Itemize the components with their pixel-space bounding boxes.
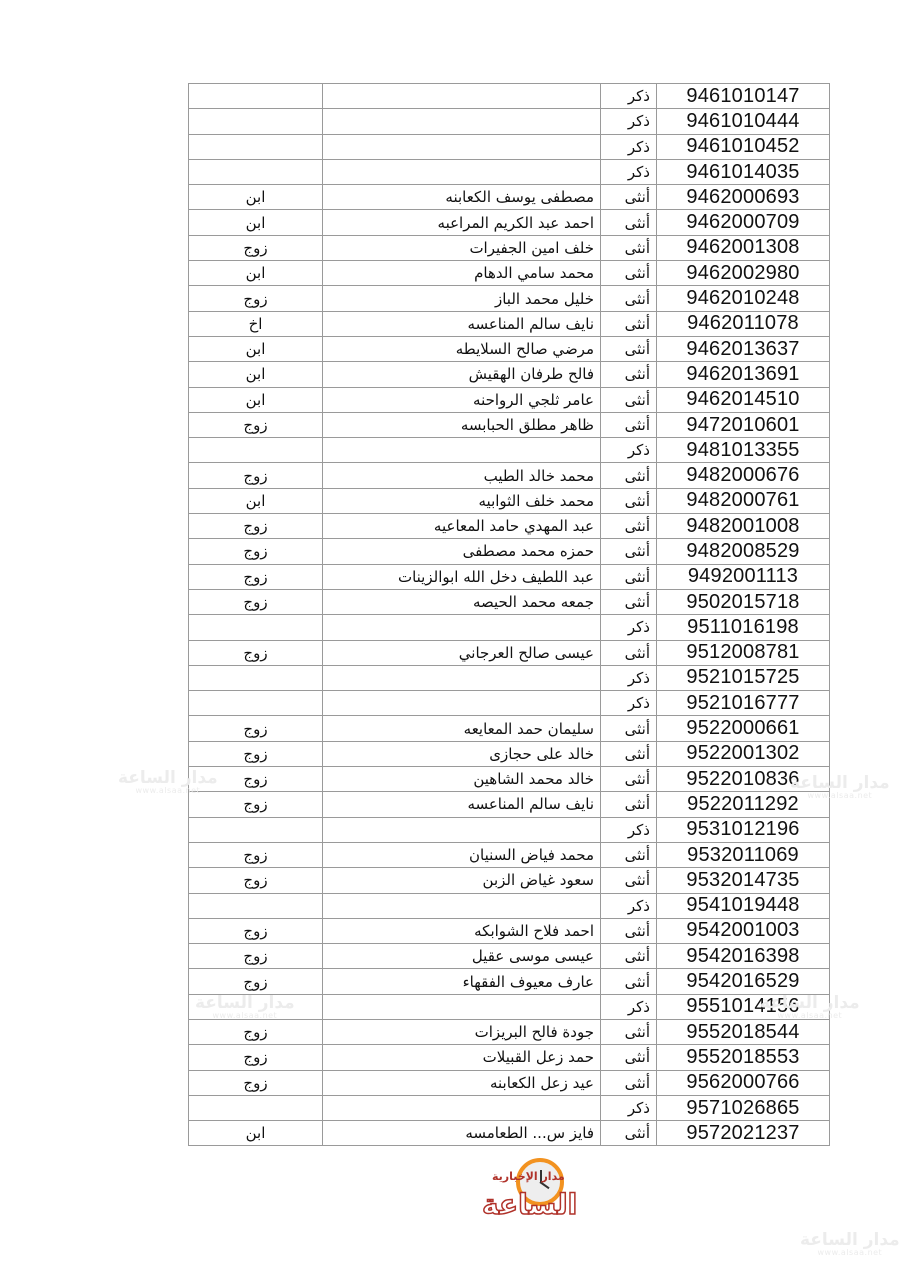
- id-number-cell: 9512008781: [657, 640, 830, 665]
- table-row: ذكر9461010452: [189, 134, 830, 159]
- relation-cell: زوج: [189, 792, 323, 817]
- watermark-right-2: مدار الساعة www.alsaa.net: [760, 995, 860, 1020]
- relation-cell: ابن: [189, 362, 323, 387]
- name-cell: مرضي صالح السلايطه: [323, 336, 601, 361]
- relation-cell: [189, 134, 323, 159]
- name-cell: احمد عبد الكريم المراعبه: [323, 210, 601, 235]
- gender-cell: أنثى: [601, 792, 657, 817]
- gender-cell: ذكر: [601, 994, 657, 1019]
- relation-cell: زوج: [189, 944, 323, 969]
- id-number-cell: 9542016529: [657, 969, 830, 994]
- relation-cell: زوج: [189, 1019, 323, 1044]
- relation-cell: ابن: [189, 488, 323, 513]
- gender-cell: أنثى: [601, 918, 657, 943]
- relation-cell: زوج: [189, 286, 323, 311]
- id-number-cell: 9542016398: [657, 944, 830, 969]
- table-row: ذكر9461014035: [189, 159, 830, 184]
- watermark-title: مدار الساعة: [760, 995, 860, 1012]
- id-number-cell: 9462011078: [657, 311, 830, 336]
- watermark-url: www.alsaa.net: [800, 1249, 900, 1257]
- relation-cell: [189, 109, 323, 134]
- table-row: زوجظاهر مطلق الحبابسهأنثى9472010601: [189, 412, 830, 437]
- gender-cell: أنثى: [601, 185, 657, 210]
- name-cell: نايف سالم المناعسه: [323, 792, 601, 817]
- gender-cell: أنثى: [601, 868, 657, 893]
- gender-cell: أنثى: [601, 210, 657, 235]
- table-row: زوجحمد زعل القبيلاتأنثى9552018553: [189, 1045, 830, 1070]
- watermark-title: مدار الساعة: [195, 995, 295, 1012]
- name-cell: جودة فالح البريزات: [323, 1019, 601, 1044]
- gender-cell: أنثى: [601, 412, 657, 437]
- table-row: زوجنايف سالم المناعسهأنثى9522011292: [189, 792, 830, 817]
- table-row: زوجمحمد فياض السنيانأنثى9532011069: [189, 842, 830, 867]
- relation-cell: زوج: [189, 1070, 323, 1095]
- gender-cell: ذكر: [601, 438, 657, 463]
- table-row: ابنمصطفى يوسف الكعابنهأنثى9462000693: [189, 185, 830, 210]
- name-cell: خالد محمد الشاهين: [323, 767, 601, 792]
- gender-cell: أنثى: [601, 1121, 657, 1146]
- id-number-cell: 9492001113: [657, 564, 830, 589]
- table-row: زوجسعود غياض الزبنأنثى9532014735: [189, 868, 830, 893]
- id-number-cell: 9481013355: [657, 438, 830, 463]
- gender-cell: أنثى: [601, 969, 657, 994]
- relation-cell: [189, 159, 323, 184]
- relation-cell: زوج: [189, 868, 323, 893]
- table-row: ذكر9481013355: [189, 438, 830, 463]
- id-number-cell: 9511016198: [657, 615, 830, 640]
- gender-cell: ذكر: [601, 817, 657, 842]
- logo-tagline: مدار الإخبارية: [492, 1170, 565, 1183]
- table-row: ابنعامر ثلجي الرواحنهأنثى9462014510: [189, 387, 830, 412]
- id-number-cell: 9462013691: [657, 362, 830, 387]
- watermark-url: www.alsaa.net: [195, 1012, 295, 1020]
- gender-cell: أنثى: [601, 235, 657, 260]
- relation-cell: اخ: [189, 311, 323, 336]
- relation-cell: زوج: [189, 716, 323, 741]
- table-row: ابنفايز س... الطعامسهأنثى9572021237: [189, 1121, 830, 1146]
- name-cell: خلف امين الجفيرات: [323, 235, 601, 260]
- id-number-cell: 9461010147: [657, 84, 830, 109]
- table-row: زوجخليل محمد البازأنثى9462010248: [189, 286, 830, 311]
- gender-cell: أنثى: [601, 488, 657, 513]
- id-number-cell: 9562000766: [657, 1070, 830, 1095]
- table-row: ذكر9461010444: [189, 109, 830, 134]
- id-number-cell: 9521016777: [657, 691, 830, 716]
- gender-cell: أنثى: [601, 336, 657, 361]
- gender-cell: أنثى: [601, 640, 657, 665]
- name-cell: عيد زعل الكعابنه: [323, 1070, 601, 1095]
- gender-cell: ذكر: [601, 1095, 657, 1120]
- id-number-cell: 9522001302: [657, 741, 830, 766]
- gender-cell: أنثى: [601, 1070, 657, 1095]
- relation-cell: [189, 665, 323, 690]
- relation-cell: زوج: [189, 640, 323, 665]
- id-number-cell: 9482000761: [657, 488, 830, 513]
- name-cell: خليل محمد الباز: [323, 286, 601, 311]
- table-row: ابنمرضي صالح السلايطهأنثى9462013637: [189, 336, 830, 361]
- relation-cell: [189, 1095, 323, 1120]
- gender-cell: ذكر: [601, 665, 657, 690]
- relation-cell: ابن: [189, 336, 323, 361]
- table-row: زوجسليمان حمد المعايعهأنثى9522000661: [189, 716, 830, 741]
- gender-cell: ذكر: [601, 134, 657, 159]
- table-row: زوجعيسى موسى عقيلأنثى9542016398: [189, 944, 830, 969]
- records-table: ذكر9461010147ذكر9461010444ذكر9461010452ذ…: [188, 83, 830, 1146]
- watermark-left: مدار الساعة www.alsaa.net: [118, 770, 218, 795]
- name-cell: حمزه محمد مصطفى: [323, 539, 601, 564]
- name-cell: محمد خلف الثوابيه: [323, 488, 601, 513]
- relation-cell: زوج: [189, 842, 323, 867]
- table-row: ذكر9461010147: [189, 84, 830, 109]
- name-cell: محمد سامي الدهام: [323, 261, 601, 286]
- name-cell: [323, 109, 601, 134]
- relation-cell: [189, 615, 323, 640]
- relation-cell: [189, 438, 323, 463]
- id-number-cell: 9531012196: [657, 817, 830, 842]
- relation-cell: زوج: [189, 1045, 323, 1070]
- relation-cell: ابن: [189, 1121, 323, 1146]
- name-cell: [323, 615, 601, 640]
- name-cell: سليمان حمد المعايعه: [323, 716, 601, 741]
- gender-cell: أنثى: [601, 564, 657, 589]
- id-number-cell: 9461014035: [657, 159, 830, 184]
- id-number-cell: 9541019448: [657, 893, 830, 918]
- table-row: زوجاحمد فلاح الشوابكهأنثى9542001003: [189, 918, 830, 943]
- name-cell: عيسى صالح العرجاني: [323, 640, 601, 665]
- id-number-cell: 9571026865: [657, 1095, 830, 1120]
- relation-cell: زوج: [189, 539, 323, 564]
- name-cell: [323, 438, 601, 463]
- watermark-title: مدار الساعة: [800, 1232, 900, 1249]
- table-row: ذكر9541019448: [189, 893, 830, 918]
- name-cell: [323, 84, 601, 109]
- table-row: زوجحمزه محمد مصطفىأنثى9482008529: [189, 539, 830, 564]
- table-row: زوجخالد محمد الشاهينأنثى9522010836: [189, 767, 830, 792]
- table-row: زوجخالد على حجازىأنثى9522001302: [189, 741, 830, 766]
- name-cell: [323, 134, 601, 159]
- id-number-cell: 9532011069: [657, 842, 830, 867]
- document-page: ذكر9461010147ذكر9461010444ذكر9461010452ذ…: [0, 0, 904, 1280]
- table-row: زوجعيسى صالح العرجانيأنثى9512008781: [189, 640, 830, 665]
- name-cell: حمد زعل القبيلات: [323, 1045, 601, 1070]
- watermark-url: www.alsaa.net: [760, 1012, 860, 1020]
- table-row: زوجعبد المهدي حامد المعاعيهأنثى948200100…: [189, 514, 830, 539]
- gender-cell: أنثى: [601, 1045, 657, 1070]
- relation-cell: زوج: [189, 235, 323, 260]
- name-cell: احمد فلاح الشوابكه: [323, 918, 601, 943]
- name-cell: عيسى موسى عقيل: [323, 944, 601, 969]
- table-row: زوجعبد اللطيف دخل الله ابوالزيناتأنثى949…: [189, 564, 830, 589]
- id-number-cell: 9482008529: [657, 539, 830, 564]
- gender-cell: أنثى: [601, 589, 657, 614]
- gender-cell: أنثى: [601, 387, 657, 412]
- table-row: ذكر9511016198: [189, 615, 830, 640]
- relation-cell: ابن: [189, 387, 323, 412]
- relation-cell: زوج: [189, 463, 323, 488]
- id-number-cell: 9462001308: [657, 235, 830, 260]
- gender-cell: أنثى: [601, 514, 657, 539]
- relation-cell: زوج: [189, 589, 323, 614]
- name-cell: سعود غياض الزبن: [323, 868, 601, 893]
- id-number-cell: 9461010444: [657, 109, 830, 134]
- table-row: ابناحمد عبد الكريم المراعبهأنثى946200070…: [189, 210, 830, 235]
- id-number-cell: 9472010601: [657, 412, 830, 437]
- name-cell: [323, 159, 601, 184]
- id-number-cell: 9532014735: [657, 868, 830, 893]
- table-row: زوججمعه محمد الحيصهأنثى9502015718: [189, 589, 830, 614]
- watermark-left-2: مدار الساعة www.alsaa.net: [195, 995, 295, 1020]
- name-cell: عبد المهدي حامد المعاعيه: [323, 514, 601, 539]
- id-number-cell: 9572021237: [657, 1121, 830, 1146]
- relation-cell: زوج: [189, 412, 323, 437]
- gender-cell: ذكر: [601, 691, 657, 716]
- id-number-cell: 9482001008: [657, 514, 830, 539]
- id-number-cell: 9542001003: [657, 918, 830, 943]
- gender-cell: أنثى: [601, 261, 657, 286]
- table-row: اخنايف سالم المناعسهأنثى9462011078: [189, 311, 830, 336]
- id-number-cell: 9462014510: [657, 387, 830, 412]
- id-number-cell: 9462002980: [657, 261, 830, 286]
- relation-cell: زوج: [189, 741, 323, 766]
- name-cell: [323, 817, 601, 842]
- gender-cell: أنثى: [601, 767, 657, 792]
- gender-cell: أنثى: [601, 1019, 657, 1044]
- relation-cell: [189, 84, 323, 109]
- table-row: زوججودة فالح البريزاتأنثى9552018544: [189, 1019, 830, 1044]
- gender-cell: أنثى: [601, 286, 657, 311]
- name-cell: ظاهر مطلق الحبابسه: [323, 412, 601, 437]
- table-row: زوجمحمد خالد الطيبأنثى9482000676: [189, 463, 830, 488]
- relation-cell: [189, 691, 323, 716]
- relation-cell: [189, 817, 323, 842]
- name-cell: [323, 691, 601, 716]
- name-cell: عارف معيوف الفقهاء: [323, 969, 601, 994]
- gender-cell: أنثى: [601, 842, 657, 867]
- name-cell: عامر ثلجي الرواحنه: [323, 387, 601, 412]
- gender-cell: ذكر: [601, 84, 657, 109]
- name-cell: [323, 893, 601, 918]
- id-number-cell: 9522000661: [657, 716, 830, 741]
- relation-cell: ابن: [189, 261, 323, 286]
- name-cell: عبد اللطيف دخل الله ابوالزينات: [323, 564, 601, 589]
- watermark-title: مدار الساعة: [790, 775, 890, 792]
- table-row: ذكر9531012196: [189, 817, 830, 842]
- gender-cell: أنثى: [601, 311, 657, 336]
- table-row: زوجخلف امين الجفيراتأنثى9462001308: [189, 235, 830, 260]
- id-number-cell: 9552018553: [657, 1045, 830, 1070]
- gender-cell: ذكر: [601, 893, 657, 918]
- gender-cell: أنثى: [601, 362, 657, 387]
- id-number-cell: 9462013637: [657, 336, 830, 361]
- watermark-bottom-right: مدار الساعة www.alsaa.net: [800, 1232, 900, 1257]
- name-cell: فالح طرفان الهقيش: [323, 362, 601, 387]
- table-row: ذكر9521015725: [189, 665, 830, 690]
- name-cell: محمد خالد الطيب: [323, 463, 601, 488]
- table-row: زوجعيد زعل الكعابنهأنثى9562000766: [189, 1070, 830, 1095]
- relation-cell: ابن: [189, 185, 323, 210]
- gender-cell: أنثى: [601, 741, 657, 766]
- gender-cell: أنثى: [601, 944, 657, 969]
- name-cell: [323, 1095, 601, 1120]
- table-row: ابنمحمد سامي الدهامأنثى9462002980: [189, 261, 830, 286]
- id-number-cell: 9462000709: [657, 210, 830, 235]
- gender-cell: أنثى: [601, 716, 657, 741]
- name-cell: جمعه محمد الحيصه: [323, 589, 601, 614]
- relation-cell: ابن: [189, 210, 323, 235]
- relation-cell: [189, 893, 323, 918]
- table-row: ذكر9571026865: [189, 1095, 830, 1120]
- table-row: ذكر9521016777: [189, 691, 830, 716]
- name-cell: محمد فياض السنيان: [323, 842, 601, 867]
- watermark-title: مدار الساعة: [118, 770, 218, 787]
- name-cell: [323, 665, 601, 690]
- id-number-cell: 9482000676: [657, 463, 830, 488]
- id-number-cell: 9462000693: [657, 185, 830, 210]
- watermark-url: www.alsaa.net: [790, 792, 890, 800]
- id-number-cell: 9461010452: [657, 134, 830, 159]
- table-row: ابنمحمد خلف الثوابيهأنثى9482000761: [189, 488, 830, 513]
- name-cell: مصطفى يوسف الكعابنه: [323, 185, 601, 210]
- id-number-cell: 9552018544: [657, 1019, 830, 1044]
- name-cell: [323, 994, 601, 1019]
- site-logo: مدار الإخبارية الساعة: [472, 1158, 592, 1228]
- gender-cell: أنثى: [601, 463, 657, 488]
- id-number-cell: 9521015725: [657, 665, 830, 690]
- relation-cell: زوج: [189, 969, 323, 994]
- id-number-cell: 9502015718: [657, 589, 830, 614]
- table-row: ابنفالح طرفان الهقيشأنثى9462013691: [189, 362, 830, 387]
- gender-cell: أنثى: [601, 539, 657, 564]
- gender-cell: ذكر: [601, 159, 657, 184]
- logo-wordmark: الساعة: [482, 1188, 577, 1221]
- watermark-url: www.alsaa.net: [118, 787, 218, 795]
- id-number-cell: 9462010248: [657, 286, 830, 311]
- name-cell: فايز س... الطعامسه: [323, 1121, 601, 1146]
- relation-cell: زوج: [189, 514, 323, 539]
- watermark-right: مدار الساعة www.alsaa.net: [790, 775, 890, 800]
- relation-cell: زوج: [189, 564, 323, 589]
- name-cell: نايف سالم المناعسه: [323, 311, 601, 336]
- gender-cell: ذكر: [601, 109, 657, 134]
- relation-cell: زوج: [189, 918, 323, 943]
- gender-cell: ذكر: [601, 615, 657, 640]
- name-cell: خالد على حجازى: [323, 741, 601, 766]
- table-row: زوجعارف معيوف الفقهاءأنثى9542016529: [189, 969, 830, 994]
